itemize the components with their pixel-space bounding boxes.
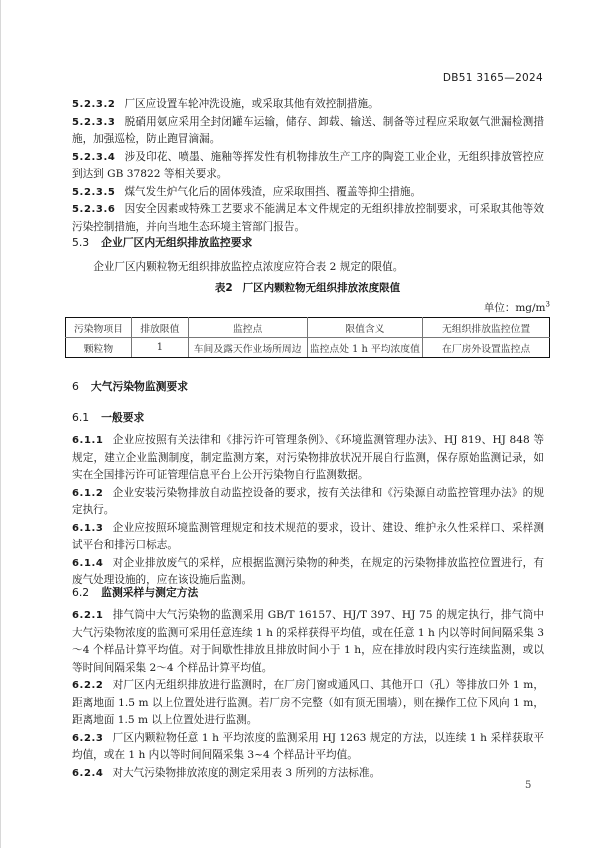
clause-number: 6.1.2: [72, 488, 103, 499]
clause-number: 5.2.3.4: [72, 152, 115, 163]
clause-5-2-3-5: 5.2.3.5煤气发生炉气化后的固体残渣，应采取围挡、覆盖等抑尘措施。: [72, 184, 544, 202]
table-header-cell: 无组织排放监控位置: [423, 318, 550, 338]
section-number: 6.2: [72, 586, 89, 599]
table-cell: 车间及露天作业场所周边: [188, 338, 307, 358]
clause-text: 脱硝用氨应采用全封闭罐车运输，储存、卸载、输送、制备等过程应采取氨气泄漏检测措施…: [72, 116, 544, 146]
clause-5-2-3-6: 5.2.3.6因安全因素或特殊工艺要求不能满足本文件规定的无组织排放控制要求，可…: [72, 201, 544, 236]
clause-text: 涉及印花、喷墨、施釉等挥发性有机物排放生产工序的陶瓷工业企业，无组织排放管控应到…: [72, 151, 544, 181]
clause-text: 企业安装污染物排放自动监控设备的要求，按有关法律和《污染源自动监控管理办法》的规…: [72, 487, 544, 517]
unit-label: 单位：mg/m3: [65, 300, 550, 315]
chapter-heading: 6大气污染物监测要求: [72, 379, 544, 394]
table-unit: 单位：mg/m3: [65, 300, 550, 315]
clause-number: 6.2.4: [72, 768, 103, 779]
section-title: 一般要求: [101, 411, 144, 424]
table-header-cell: 排放限值: [131, 318, 188, 338]
section-5-3: 5.3企业厂区内无组织排放监控要求: [72, 235, 544, 250]
clause-text: 厂区应设置车轮冲洗设施，或采取其他有效控制措施。: [124, 98, 378, 110]
clause-number: 6.1.1: [72, 435, 103, 446]
section-6-1: 6.1一般要求: [72, 410, 544, 425]
section-6-1-clauses: 6.1.1企业应按照有关法律和《排污许可管理条例》、《环境监测管理办法》、HJ …: [72, 432, 544, 590]
chapter-title: 大气污染物监测要求: [91, 380, 188, 393]
clause-number: 6.2.3: [72, 733, 103, 744]
table-header-row: 污染物项目 排放限值 监控点 限值含义 无组织排放监控位置: [66, 318, 550, 338]
table-cell: 监控点处 1 h 平均浓度值: [307, 338, 423, 358]
section-5-3-paragraph: 企业厂区内颗粒物无组织排放监控点浓度应符合表 2 规定的限值。: [72, 259, 544, 274]
clause-6-1-1: 6.1.1企业应按照有关法律和《排污许可管理条例》、《环境监测管理办法》、HJ …: [72, 432, 544, 485]
clause-5-2-3-2: 5.2.3.2厂区应设置车轮冲洗设施，或采取其他有效控制措施。: [72, 96, 544, 114]
clause-5-2-3-4: 5.2.3.4涉及印花、喷墨、施釉等挥发性有机物排放生产工序的陶瓷工业企业，无组…: [72, 149, 544, 184]
section-title: 监测采样与测定方法: [101, 586, 198, 599]
table-cell: 在厂房外设置监控点: [423, 338, 550, 358]
chapter-number: 6: [72, 380, 79, 393]
clause-text: 对企业排放废气的采样，应根据监测污染物的种类，在规定的污染物排放监控位置进行，有…: [72, 557, 544, 587]
section-6-2-clauses: 6.2.1排气筒中大气污染物的监测采用 GB/T 16157、HJ/T 397、…: [72, 607, 544, 782]
clause-text: 对大气污染物排放浓度的测定采用表 3 所列的方法标准。: [112, 767, 380, 779]
table-caption: 表2厂区内颗粒物无组织排放浓度限值: [65, 280, 550, 295]
unit-superscript: 3: [546, 301, 550, 309]
clause-number: 5.2.3.2: [72, 99, 115, 110]
section-5-2-3: 5.2.3.2厂区应设置车轮冲洗设施，或采取其他有效控制措施。 5.2.3.3脱…: [72, 96, 544, 236]
clause-text: 企业应按照有关法律和《排污许可管理条例》、《环境监测管理办法》、HJ 819、H…: [72, 434, 544, 481]
clause-text: 煤气发生炉气化后的固体残渣，应采取围挡、覆盖等抑尘措施。: [124, 186, 421, 198]
clause-number: 5.2.3.6: [72, 204, 115, 215]
table-header-cell: 监控点: [188, 318, 307, 338]
clause-text: 排气筒中大气污染物的监测采用 GB/T 16157、HJ/T 397、HJ 75…: [72, 609, 544, 674]
clause-text: 对厂区内无组织排放进行监测时，在厂房门窗或通风口、其他开口（孔）等排放口外 1 …: [72, 679, 544, 726]
clause-number: 5.2.3.3: [72, 117, 115, 128]
clause-6-1-3: 6.1.3企业应按照环境监测管理规定和技术规范的要求，设计、建设、维护永久性采样…: [72, 520, 544, 555]
clause-text: 因安全因素或特殊工艺要求不能满足本文件规定的无组织排放控制要求，可采取其他等效污…: [72, 203, 544, 233]
clause-6-2-4: 6.2.4对大气污染物排放浓度的测定采用表 3 所列的方法标准。: [72, 765, 544, 783]
clause-5-2-3-3: 5.2.3.3脱硝用氨应采用全封闭罐车运输，储存、卸载、输送、制备等过程应采取氨…: [72, 114, 544, 149]
clause-number: 6.1.4: [72, 558, 103, 569]
table-title: 表2厂区内颗粒物无组织排放浓度限值: [65, 280, 550, 295]
section-6: 6大气污染物监测要求: [72, 379, 544, 394]
document-code: DB51 3165—2024: [0, 72, 543, 84]
table-cell: 颗粒物: [66, 338, 132, 358]
limits-table: 污染物项目 排放限值 监控点 限值含义 无组织排放监控位置 颗粒物 1 车间及露…: [65, 317, 550, 358]
section-heading: 6.1一般要求: [72, 410, 544, 425]
clause-6-1-2: 6.1.2企业安装污染物排放自动监控设备的要求，按有关法律和《污染源自动监控管理…: [72, 485, 544, 520]
table-number: 表2: [215, 282, 233, 294]
clause-number: 6.2.2: [72, 680, 103, 691]
section-heading: 5.3企业厂区内无组织排放监控要求: [72, 235, 544, 250]
page-edge: [0, 0, 1, 848]
clause-number: 6.2.1: [72, 610, 103, 621]
table-header-cell: 污染物项目: [66, 318, 132, 338]
unit-text: 单位：mg/m: [484, 302, 546, 314]
section-title: 企业厂区内无组织排放监控要求: [101, 236, 252, 249]
paragraph-text: 企业厂区内颗粒物无组织排放监控点浓度应符合表 2 规定的限值。: [72, 259, 544, 274]
clause-6-2-2: 6.2.2对厂区内无组织排放进行监测时，在厂房门窗或通风口、其他开口（孔）等排放…: [72, 677, 544, 730]
table-cell: 1: [131, 338, 188, 358]
table-row: 颗粒物 1 车间及露天作业场所周边 监控点处 1 h 平均浓度值 在厂房外设置监…: [66, 338, 550, 358]
section-heading: 6.2监测采样与测定方法: [72, 585, 544, 600]
clause-text: 企业应按照环境监测管理规定和技术规范的要求，设计、建设、维护永久性采样口、采样测…: [72, 522, 544, 552]
section-number: 5.3: [72, 236, 89, 249]
section-number: 6.1: [72, 411, 89, 424]
clause-number: 5.2.3.5: [72, 187, 115, 198]
clause-6-2-3: 6.2.3厂区内颗粒物任意 1 h 平均浓度的监测采用 HJ 1263 规定的方…: [72, 730, 544, 765]
clause-number: 6.1.3: [72, 523, 103, 534]
section-6-2: 6.2监测采样与测定方法: [72, 585, 544, 600]
clause-6-2-1: 6.2.1排气筒中大气污染物的监测采用 GB/T 16157、HJ/T 397、…: [72, 607, 544, 677]
clause-text: 厂区内颗粒物任意 1 h 平均浓度的监测采用 HJ 1263 规定的方法，以连续…: [72, 732, 544, 762]
table-header-cell: 限值含义: [307, 318, 423, 338]
page-number: 5: [525, 780, 531, 791]
table-title-text: 厂区内颗粒物无组织排放浓度限值: [243, 282, 401, 294]
